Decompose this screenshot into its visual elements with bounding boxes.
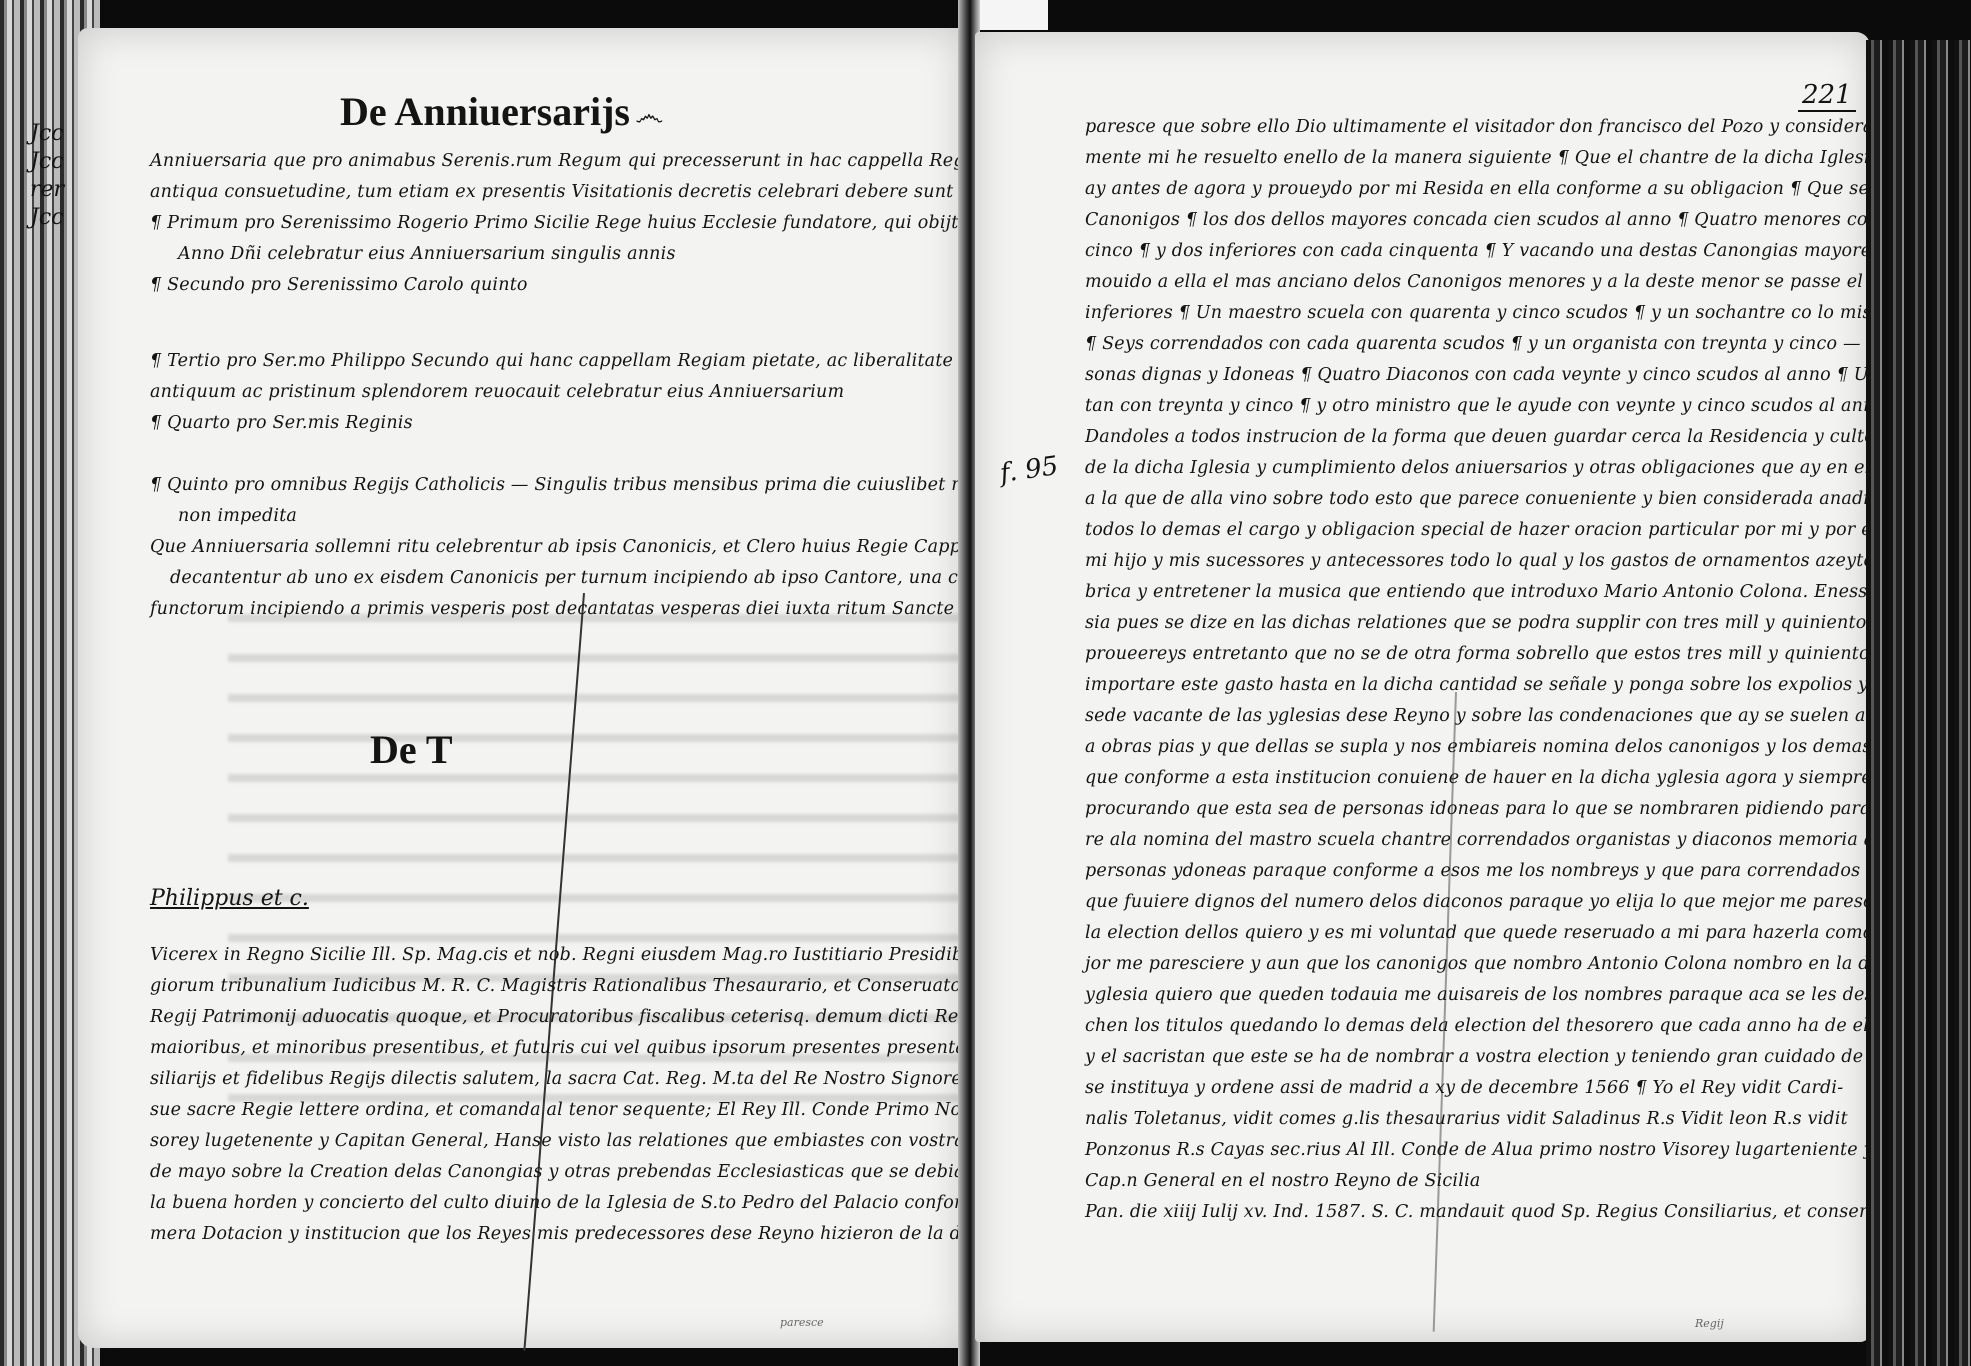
- text-line: brica y entretener la musica que entiend…: [1085, 577, 1971, 608]
- text-line: ay antes de agora y proueydo por mi Resi…: [1085, 174, 1971, 205]
- text-line: yglesia quiero que queden todauia me aui…: [1085, 980, 1971, 1011]
- tertio-paragraph: ¶ Tertio pro Ser.mo Philippo Secundo qui…: [150, 346, 976, 439]
- section-heading-de-t: De T: [370, 726, 453, 773]
- text-line: Que Anniuersaria sollemni ritu celebrent…: [150, 532, 1089, 563]
- text-line: ¶ Quinto pro omnibus Regijs Catholicis —…: [150, 470, 1089, 501]
- text-line: ¶ Tertio pro Ser.mo Philippo Secundo qui…: [150, 346, 976, 377]
- text-line: a la que de alla vino sobre todo esto qu…: [1085, 484, 1971, 515]
- left-page: De Anniuersarijs ෴ Anniuersaria que pro …: [78, 28, 963, 1348]
- text-line: que conforme a esta institucion conuiene…: [1085, 763, 1971, 794]
- text-line: ¶ Primum pro Serenissimo Rogerio Primo S…: [150, 208, 1065, 239]
- manuscript-spread: Jcc Jcc rer Jcc De Anniuersarijs ෴ Anniu…: [0, 0, 1971, 1366]
- text-line: re ala nomina del mastro scuela chantre …: [1085, 825, 1971, 856]
- text-line: que fuuiere dignos del numero delos diac…: [1085, 887, 1971, 918]
- text-line: paresce que sobre ello Dio ultimamente e…: [1085, 112, 1971, 143]
- folio-number: 221: [1798, 80, 1856, 112]
- text-line: y el sacristan que este se ha de nombrar…: [1085, 1042, 1971, 1073]
- text-line: Canonigos ¶ los dos dellos mayores conca…: [1085, 205, 1971, 236]
- text-line: inferiores ¶ Un maestro scuela con quare…: [1085, 298, 1971, 329]
- catchword: paresce: [780, 1316, 824, 1329]
- text-line: la election dellos quiero y es mi volunt…: [1085, 918, 1971, 949]
- text-line: proueereys entretanto que no se de otra …: [1085, 639, 1971, 670]
- text-line: importare este gasto hasta en la dicha c…: [1085, 670, 1971, 701]
- text-line: antiqua consuetudine, tum etiam ex prese…: [150, 177, 1065, 208]
- text-line: decantentur ab uno ex eisdem Canonicis p…: [150, 563, 1089, 594]
- text-line: procurando que esta sea de personas idon…: [1085, 794, 1971, 825]
- text-line: sonas dignas y Idoneas ¶ Quatro Diaconos…: [1085, 360, 1971, 391]
- text-line: Cap.n General en el nostro Reyno de Sici…: [1085, 1166, 1971, 1197]
- text-line: sia pues se dize en las dichas relatione…: [1085, 608, 1971, 639]
- text-line: cinco ¶ y dos inferiores con cada cinque…: [1085, 236, 1971, 267]
- text-line: chen los titulos quedando lo demas dela …: [1085, 1011, 1971, 1042]
- text-line: Anno Dñi celebratur eius Anniuersarium s…: [150, 239, 1065, 270]
- heading-de-anniuersarijs: De Anniuersarijs: [340, 89, 630, 134]
- section-heading: De Anniuersarijs ෴: [340, 88, 664, 135]
- text-line: de la dicha Iglesia y cumplimiento delos…: [1085, 453, 1971, 484]
- text-line: mi hijo y mis sucessores y antecessores …: [1085, 546, 1971, 577]
- catchword: Regij: [1695, 1317, 1724, 1330]
- text-line: a obras pias y que dellas se supla y nos…: [1085, 732, 1971, 763]
- text-line: Ponzonus R.s Cayas sec.rius Al Ill. Cond…: [1085, 1135, 1971, 1166]
- text-line: mente mi he resuelto enello de la manera…: [1085, 143, 1971, 174]
- text-line: ¶ Secundo pro Serenissimo Carolo quinto: [150, 270, 1065, 301]
- heading-flourish-icon: ෴: [635, 99, 663, 132]
- text-line: se instituya y ordene assi de madrid a x…: [1085, 1073, 1971, 1104]
- text-line: mouido a ella el mas anciano delos Canon…: [1085, 267, 1971, 298]
- intro-paragraph: Anniuersaria que pro animabus Serenis.ru…: [150, 146, 1065, 301]
- text-line: Pan. die xiiij Iulij xv. Ind. 1587. S. C…: [1085, 1197, 1971, 1228]
- letter-heading: Philippus et c.: [150, 886, 309, 911]
- text-line: todos lo demas el cargo y obligacion spe…: [1085, 515, 1971, 546]
- right-page-stack-edge: [1866, 40, 1971, 1366]
- text-line: antiquum ac pristinum splendorem reuocau…: [150, 377, 976, 408]
- text-line: Anniuersaria que pro animabus Serenis.ru…: [150, 146, 1065, 177]
- text-line: ¶ Quarto pro Ser.mis Reginis: [150, 408, 976, 439]
- text-line: Dandoles a todos instrucion de la forma …: [1085, 422, 1971, 453]
- text-line: nalis Toletanus, vidit comes g.lis thesa…: [1085, 1104, 1971, 1135]
- right-page-body: paresce que sobre ello Dio ultimamente e…: [1085, 112, 1971, 1228]
- text-line: personas ydoneas paraque conforme a esos…: [1085, 856, 1971, 887]
- text-line: tan con treynta y cinco ¶ y otro ministr…: [1085, 391, 1971, 422]
- paper-tab: [980, 0, 1048, 30]
- text-line: ¶ Seys correndados con cada quarenta scu…: [1085, 329, 1971, 360]
- text-line: non impedita: [150, 501, 1089, 532]
- quinto-paragraph: ¶ Quinto pro omnibus Regijs Catholicis —…: [150, 470, 1089, 625]
- right-page: paresce que sobre ello Dio ultimamente e…: [975, 32, 1870, 1342]
- text-line: functorum incipiendo a primis vesperis p…: [150, 594, 1089, 625]
- text-line: sede vacante de las yglesias dese Reyno …: [1085, 701, 1971, 732]
- text-line: jor me paresciere y aun que los canonigo…: [1085, 949, 1971, 980]
